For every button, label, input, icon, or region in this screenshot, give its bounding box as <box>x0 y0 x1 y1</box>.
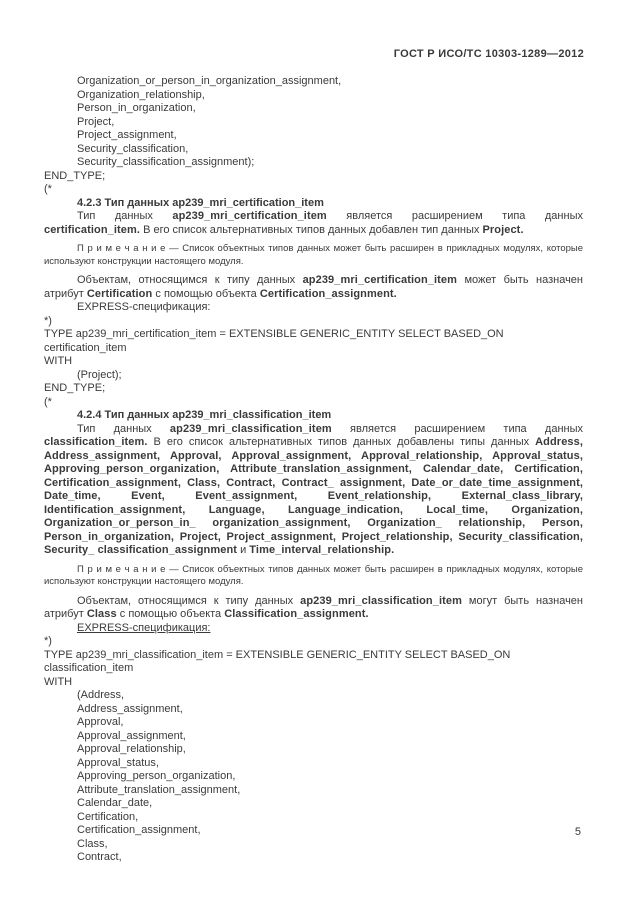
code-line: Certification, <box>44 811 583 825</box>
paragraph-4-2-3-assignment: Объектам, относящимся к типу данных ap23… <box>44 274 583 301</box>
section-heading-4-2-3: 4.2.3 Тип данных ap239_mri_certification… <box>44 197 583 211</box>
text-run: В его список альтернативных типов данных… <box>140 224 482 236</box>
paragraph-4-2-4-intro: Тип данных ap239_mri_classification_item… <box>44 423 583 558</box>
text-run-bold: Address, Address_assignment, Approval, A… <box>44 436 583 556</box>
text-run: с помощью объекта <box>117 608 225 620</box>
text-run-bold: ap239_mri_classification_item <box>170 423 332 435</box>
code-line: Security_classification, <box>44 143 583 157</box>
code-line: Approval, <box>44 716 583 730</box>
paragraph-4-2-3-intro: Тип данных ap239_mri_certification_item … <box>44 210 583 237</box>
code-line: Certification_assignment, <box>44 824 583 838</box>
code-line: Approval_relationship, <box>44 743 583 757</box>
text-run-bold: Class <box>87 608 117 620</box>
code-line: (Project); <box>44 369 583 383</box>
text-run: с помощью объекта <box>152 288 260 300</box>
text-run: и <box>237 544 249 556</box>
express-spec-label-text: EXPRESS-спецификация: <box>77 301 210 313</box>
code-line-type: TYPE ap239_mri_classification_item = EXT… <box>44 649 583 676</box>
code-line-comment-close: *) <box>44 635 583 649</box>
text-run: Тип данных <box>77 210 172 222</box>
code-line: (Address, <box>44 689 583 703</box>
text-run-bold: ap239_mri_certification_item <box>172 210 326 222</box>
code-line: Organization_or_person_in_organization_a… <box>44 75 583 89</box>
express-spec-label-text: EXPRESS-спецификация: <box>77 622 210 634</box>
text-run-bold: ap239_mri_classification_item <box>300 595 462 607</box>
code-line: Security_classification_assignment); <box>44 156 583 170</box>
paragraph-4-2-4-assignment: Объектам, относящимся к типу данных ap23… <box>44 595 583 622</box>
code-line: Approval_status, <box>44 757 583 771</box>
text-run: Объектам, относящимся к типу данных <box>77 595 300 607</box>
text-run-bold: Certification <box>87 288 152 300</box>
running-header: ГОСТ Р ИСО/ТС 10303-1289—2012 <box>394 48 584 60</box>
text-run-bold: Time_interval_relationship. <box>249 544 394 556</box>
text-run: Тип данных <box>77 423 170 435</box>
page-content: Organization_or_person_in_organization_a… <box>44 75 583 865</box>
code-line-comment-close: *) <box>44 315 583 329</box>
code-line: Project, <box>44 116 583 130</box>
text-run-bold: Project. <box>482 224 523 236</box>
code-line-end-type: END_TYPE; <box>44 170 583 184</box>
text-run: является расширением типа данных <box>327 210 583 222</box>
text-run-bold: certification_item. <box>44 224 140 236</box>
code-line-end-type: END_TYPE; <box>44 382 583 396</box>
code-line: Project_assignment, <box>44 129 583 143</box>
text-run-bold: ap239_mri_certification_item <box>303 274 457 286</box>
express-spec-label-4-2-4: EXPRESS-спецификация: <box>44 622 583 636</box>
code-line: Person_in_organization, <box>44 102 583 116</box>
code-line-type: TYPE ap239_mri_certification_item = EXTE… <box>44 328 583 355</box>
express-code-block-4-2-3: *) TYPE ap239_mri_certification_item = E… <box>44 315 583 410</box>
text-run-bold: Classification_assignment. <box>224 608 368 620</box>
section-heading-4-2-4: 4.2.4 Тип данных ap239_mri_classificatio… <box>44 409 583 423</box>
text-run-bold: classification_item. <box>44 436 148 448</box>
text-run: Объектам, относящимся к типу данных <box>77 274 303 286</box>
code-line: Calendar_date, <box>44 797 583 811</box>
express-spec-label-4-2-3: EXPRESS-спецификация: <box>44 301 583 315</box>
code-line: Address_assignment, <box>44 703 583 717</box>
note-4-2-4: П р и м е ч а н и е — Список объектных т… <box>44 564 583 589</box>
text-run: является расширением типа данных <box>332 423 583 435</box>
express-code-block-4-2-4: *) TYPE ap239_mri_classification_item = … <box>44 635 583 865</box>
code-line: Class, <box>44 838 583 852</box>
code-line-comment-open: (* <box>44 183 583 197</box>
code-line: Approval_assignment, <box>44 730 583 744</box>
code-line-comment-open: (* <box>44 396 583 410</box>
note-4-2-3: П р и м е ч а н и е — Список объектных т… <box>44 243 583 268</box>
code-line: Attribute_translation_assignment, <box>44 784 583 798</box>
code-line-with: WITH <box>44 676 583 690</box>
express-code-block-top: Organization_or_person_in_organization_a… <box>44 75 583 197</box>
page-number: 5 <box>575 826 581 838</box>
code-line-with: WITH <box>44 355 583 369</box>
text-run-bold: Certification_assignment. <box>260 288 397 300</box>
code-line: Approving_person_organization, <box>44 770 583 784</box>
text-run: В его список альтернативных типов данных… <box>148 436 536 448</box>
document-page: ГОСТ Р ИСО/ТС 10303-1289—2012 Organizati… <box>0 0 630 913</box>
code-line: Organization_relationship, <box>44 89 583 103</box>
code-line: Contract, <box>44 851 583 865</box>
